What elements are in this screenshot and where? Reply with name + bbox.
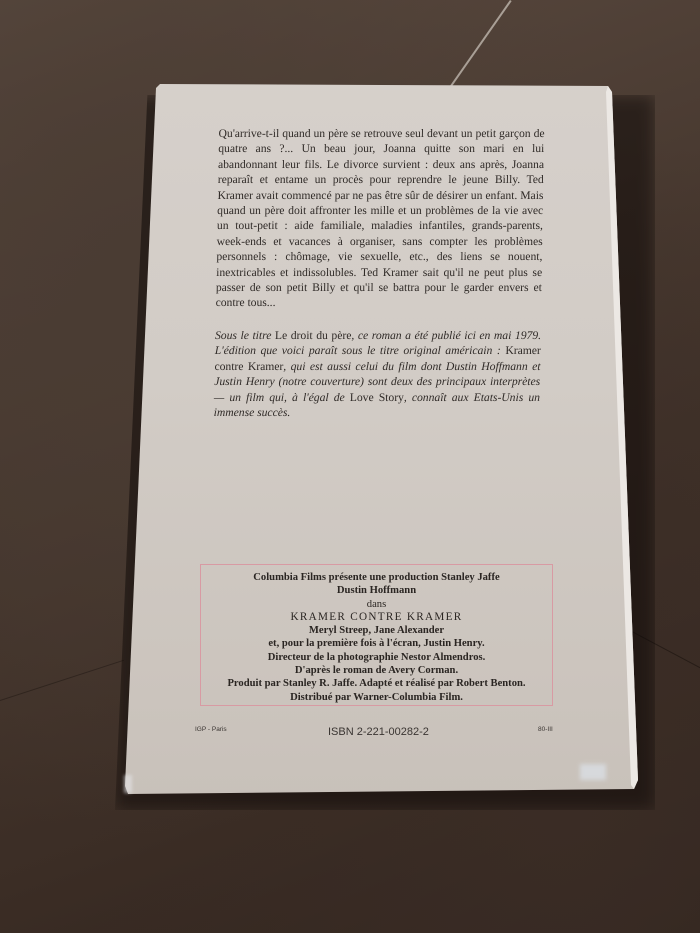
printer-label: IGP - Paris [195, 726, 227, 733]
film-title: KRAMER CONTRE KRAMER [201, 611, 552, 624]
credit-line: Directeur de la photographie Nestor Alme… [201, 651, 552, 664]
credit-line: Dustin Hoffmann [201, 584, 552, 597]
credit-line: dans [201, 598, 552, 611]
edition-code: 80-III [538, 726, 553, 733]
credit-line: Produit par Stanley R. Jaffe. Adapté et … [201, 677, 552, 690]
note-text: Sous le titre [215, 329, 275, 342]
credit-line: Distribué par Warner-Columbia Film. [201, 691, 552, 704]
note-title: Le droit du père [275, 329, 352, 342]
credit-line: D'après le roman de Avery Corman. [201, 664, 552, 677]
film-credits-box: Columbia Films présente une production S… [200, 564, 553, 706]
credit-line: Columbia Films présente une production S… [201, 571, 552, 584]
cover-content: Qu'arrive-t-il quand un père se retrouve… [0, 0, 700, 933]
note-title: Love Story [350, 391, 404, 404]
blurb-publication-note: Sous le titre Le droit du père, ce roman… [214, 328, 542, 420]
blurb-synopsis: Qu'arrive-t-il quand un père se retrouve… [215, 126, 544, 311]
credit-line: Meryl Streep, Jane Alexander [201, 624, 552, 637]
isbn-label: ISBN 2-221-00282-2 [328, 726, 429, 738]
blurb: Qu'arrive-t-il quand un père se retrouve… [213, 126, 544, 437]
credit-line: et, pour la première fois à l'écran, Jus… [201, 637, 552, 650]
